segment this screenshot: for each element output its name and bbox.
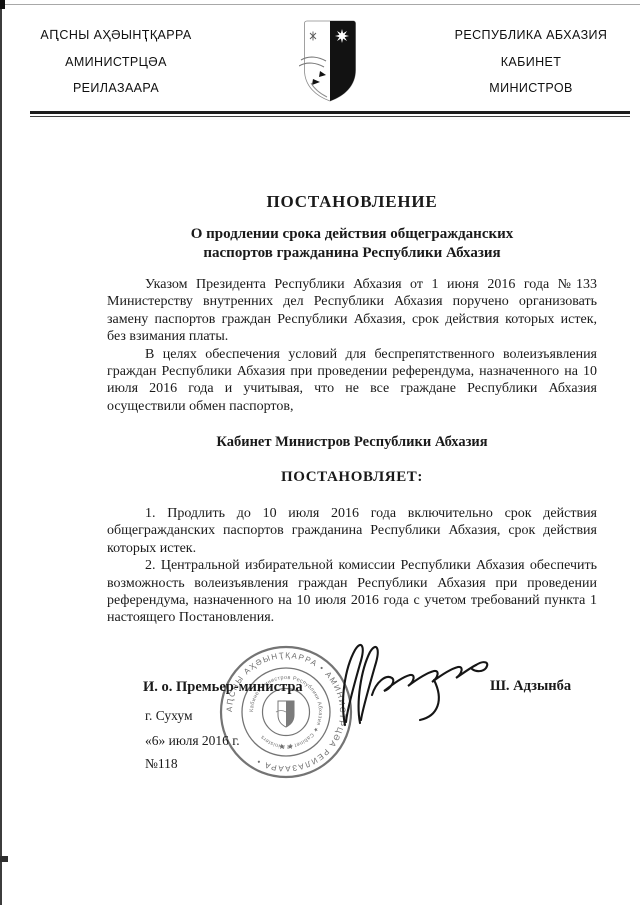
header-right-line: МИНИСТРОВ xyxy=(440,75,622,102)
scan-corner-tick xyxy=(0,0,5,9)
issue-date: «6» июля 2016 г. xyxy=(145,733,240,749)
header-left-block: АԤСНЫ АҲӘЫНҬҚАРРА АМИНИСТРЦӘА РЕИЛАЗААРА xyxy=(30,22,202,102)
header-right-line: КАБИНЕТ xyxy=(440,49,622,76)
signature-scribble-icon xyxy=(300,640,500,745)
resolution-items: 1. Продлить до 10 июля 2016 года включит… xyxy=(107,505,597,627)
subject-line: паспортов гражданина Республики Абхазия xyxy=(107,244,597,263)
document-subject: О продлении срока действия общегражданск… xyxy=(107,225,597,263)
scan-mark-bottom-left xyxy=(0,856,8,862)
decree-word: ПОСТАНОВЛЯЕТ: xyxy=(107,469,597,486)
coat-of-arms-icon xyxy=(299,20,363,107)
stamp-stars: ★ ★ xyxy=(278,742,294,751)
header-left-line: РЕИЛАЗААРА xyxy=(30,75,202,102)
document-number: №118 xyxy=(145,756,178,772)
paragraph: В целях обеспечения условий для беспрепя… xyxy=(107,346,597,416)
paragraph: Указом Президента Республики Абхазия от … xyxy=(107,276,597,346)
scan-edge-top xyxy=(0,4,640,5)
signer-position-label: И. о. Премьер-министра xyxy=(143,679,303,696)
resolution-item: 1. Продлить до 10 июля 2016 года включит… xyxy=(107,505,597,557)
subject-line: О продлении срока действия общегражданск… xyxy=(107,225,597,244)
page-title: ПОСТАНОВЛЕНИЕ xyxy=(107,192,597,212)
issuing-body-line: Кабинет Министров Республики Абхазия xyxy=(107,434,597,451)
header-right-block: РЕСПУБЛИКА АБХАЗИЯ КАБИНЕТ МИНИСТРОВ xyxy=(440,22,622,102)
signer-name: Ш. Адзынба xyxy=(490,678,571,695)
header-left-line: АМИНИСТРЦӘА xyxy=(30,49,202,76)
preamble: Указом Президента Республики Абхазия от … xyxy=(107,276,597,415)
scan-edge-left xyxy=(0,0,2,905)
resolution-item: 2. Центральной избирательной комиссии Ре… xyxy=(107,557,597,627)
header-left-line: АԤСНЫ АҲӘЫНҬҚАРРА xyxy=(30,22,202,49)
header-right-line: РЕСПУБЛИКА АБХАЗИЯ xyxy=(440,22,622,49)
document-page: АԤСНЫ АҲӘЫНҬҚАРРА АМИНИСТРЦӘА РЕИЛАЗААРА… xyxy=(0,0,640,905)
header-separator-rule xyxy=(30,111,630,117)
issue-place: г. Сухум xyxy=(145,708,193,724)
